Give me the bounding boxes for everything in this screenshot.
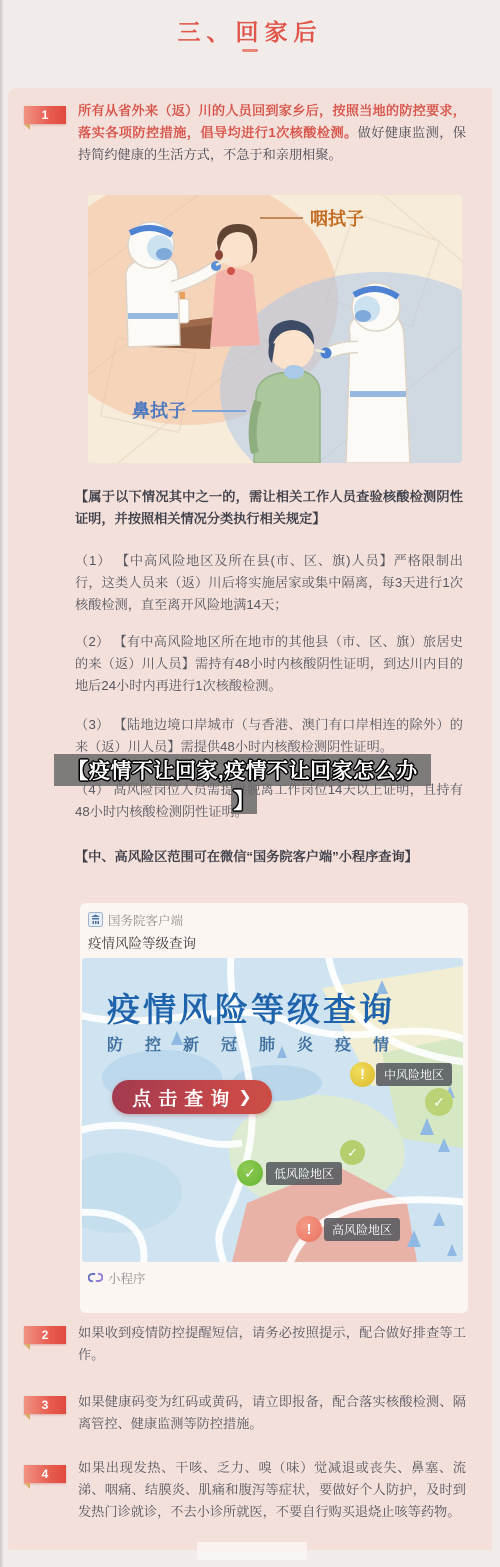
subtitle-overlay-line1: 【疫情不让回家,疫情不让回家怎么办 (54, 754, 431, 786)
item-number-badge: 2 (24, 1326, 66, 1344)
miniprogram-logo-icon (88, 1270, 103, 1285)
notice-clause-3: （3） 【陆地边境口岸城市（与香港、澳门有口岸相连的除外）的来（返）川人员】需提… (75, 714, 463, 758)
item-number-badge: 4 (24, 1465, 66, 1483)
high-risk-icon: ! (296, 1216, 322, 1242)
miniprogram-title: 疫情风险等级查询 (88, 932, 196, 952)
risk-query-banner[interactable]: 疫情风险等级查询 防控新冠肺炎疫情 点击查询❯ ! 中风险地区 ✓ ✓ ✓ 低风… (82, 958, 463, 1262)
swab-illustration: 咽拭子 鼻拭子 (88, 195, 462, 463)
item-3-text: 如果健康码变为红码或黄码，请立即报备，配合落实核酸检测、隔离管控、健康监测等防控… (78, 1391, 466, 1435)
article-page: 三、回家后 1 所有从省外来（返）川的人员回到家乡后，按照当地的防控要求，落实各… (0, 0, 500, 1567)
page-title: 三、回家后 (0, 14, 500, 47)
left-edge-shadow (0, 0, 4, 1567)
notice-clause-2: （2） 【有中高风险地区所在地市的其他县（市、区、旗）旅居史的来（返）川人员】需… (75, 631, 463, 697)
subtitle-overlay-line2: 】 (231, 786, 257, 814)
mid-risk-icon: ! (350, 1062, 375, 1087)
item-number-badge: 3 (24, 1396, 66, 1414)
banner-title: 疫情风险等级查询 (107, 984, 395, 1031)
subtitle-text-line1: 【疫情不让回家,疫情不让回家怎么办 (67, 755, 417, 785)
query-button-label: 点击查询 (132, 1084, 236, 1111)
mid-risk-label: 中风险地区 (376, 1063, 452, 1086)
title-dash (242, 49, 258, 52)
swab-illustration-svg: 咽拭子 鼻拭子 (88, 195, 462, 463)
nasal-swab-label: 鼻拭子 (132, 400, 186, 421)
watermark-blur (197, 1542, 307, 1560)
high-risk-label: 高风险地区 (324, 1218, 400, 1241)
low-risk-label: 低风险地区 (266, 1162, 342, 1185)
item-1-text: 所有从省外来（返）川的人员回到家乡后，按照当地的防控要求，落实各项防控措施，倡导… (78, 100, 466, 166)
notice-footer: 【中、高风险区范围可在微信“国务院客户端”小程序查询】 (75, 846, 463, 868)
item-number-badge: 1 (24, 106, 66, 124)
throat-swab-label: 咽拭子 (310, 208, 364, 229)
item-2-text: 如果收到疫情防控提醒短信，请务必按照提示，配合做好排查等工作。 (78, 1322, 466, 1366)
chevron-right-icon: ❯ (238, 1087, 251, 1107)
gov-client-icon (88, 912, 103, 927)
check-icon: ✓ (425, 1088, 453, 1116)
low-risk-icon: ✓ (237, 1160, 263, 1186)
item-4-text: 如果出现发热、干咳、乏力、嗅（味）觉减退或丧失、鼻塞、流涕、咽痛、结膜炎、肌痛和… (78, 1457, 466, 1523)
miniprogram-footer-label: 小程序 (108, 1269, 146, 1287)
query-button[interactable]: 点击查询❯ (112, 1080, 272, 1114)
miniprogram-source: 国务院客户端 (108, 911, 183, 929)
banner-subtitle: 防控新冠肺炎疫情 (107, 1032, 411, 1055)
subtitle-text-line2: 】 (233, 785, 255, 815)
notice-clause-1: （1） 【中高风险地区及所在县(市、区、旗)人员】严格限制出行，这类人员来（返）… (75, 550, 463, 616)
notice-heading: 【属于以下情况其中之一的，需让相关工作人员查验核酸检测阴性证明，并按照相关情况分… (75, 486, 463, 530)
check-icon: ✓ (340, 1140, 365, 1165)
